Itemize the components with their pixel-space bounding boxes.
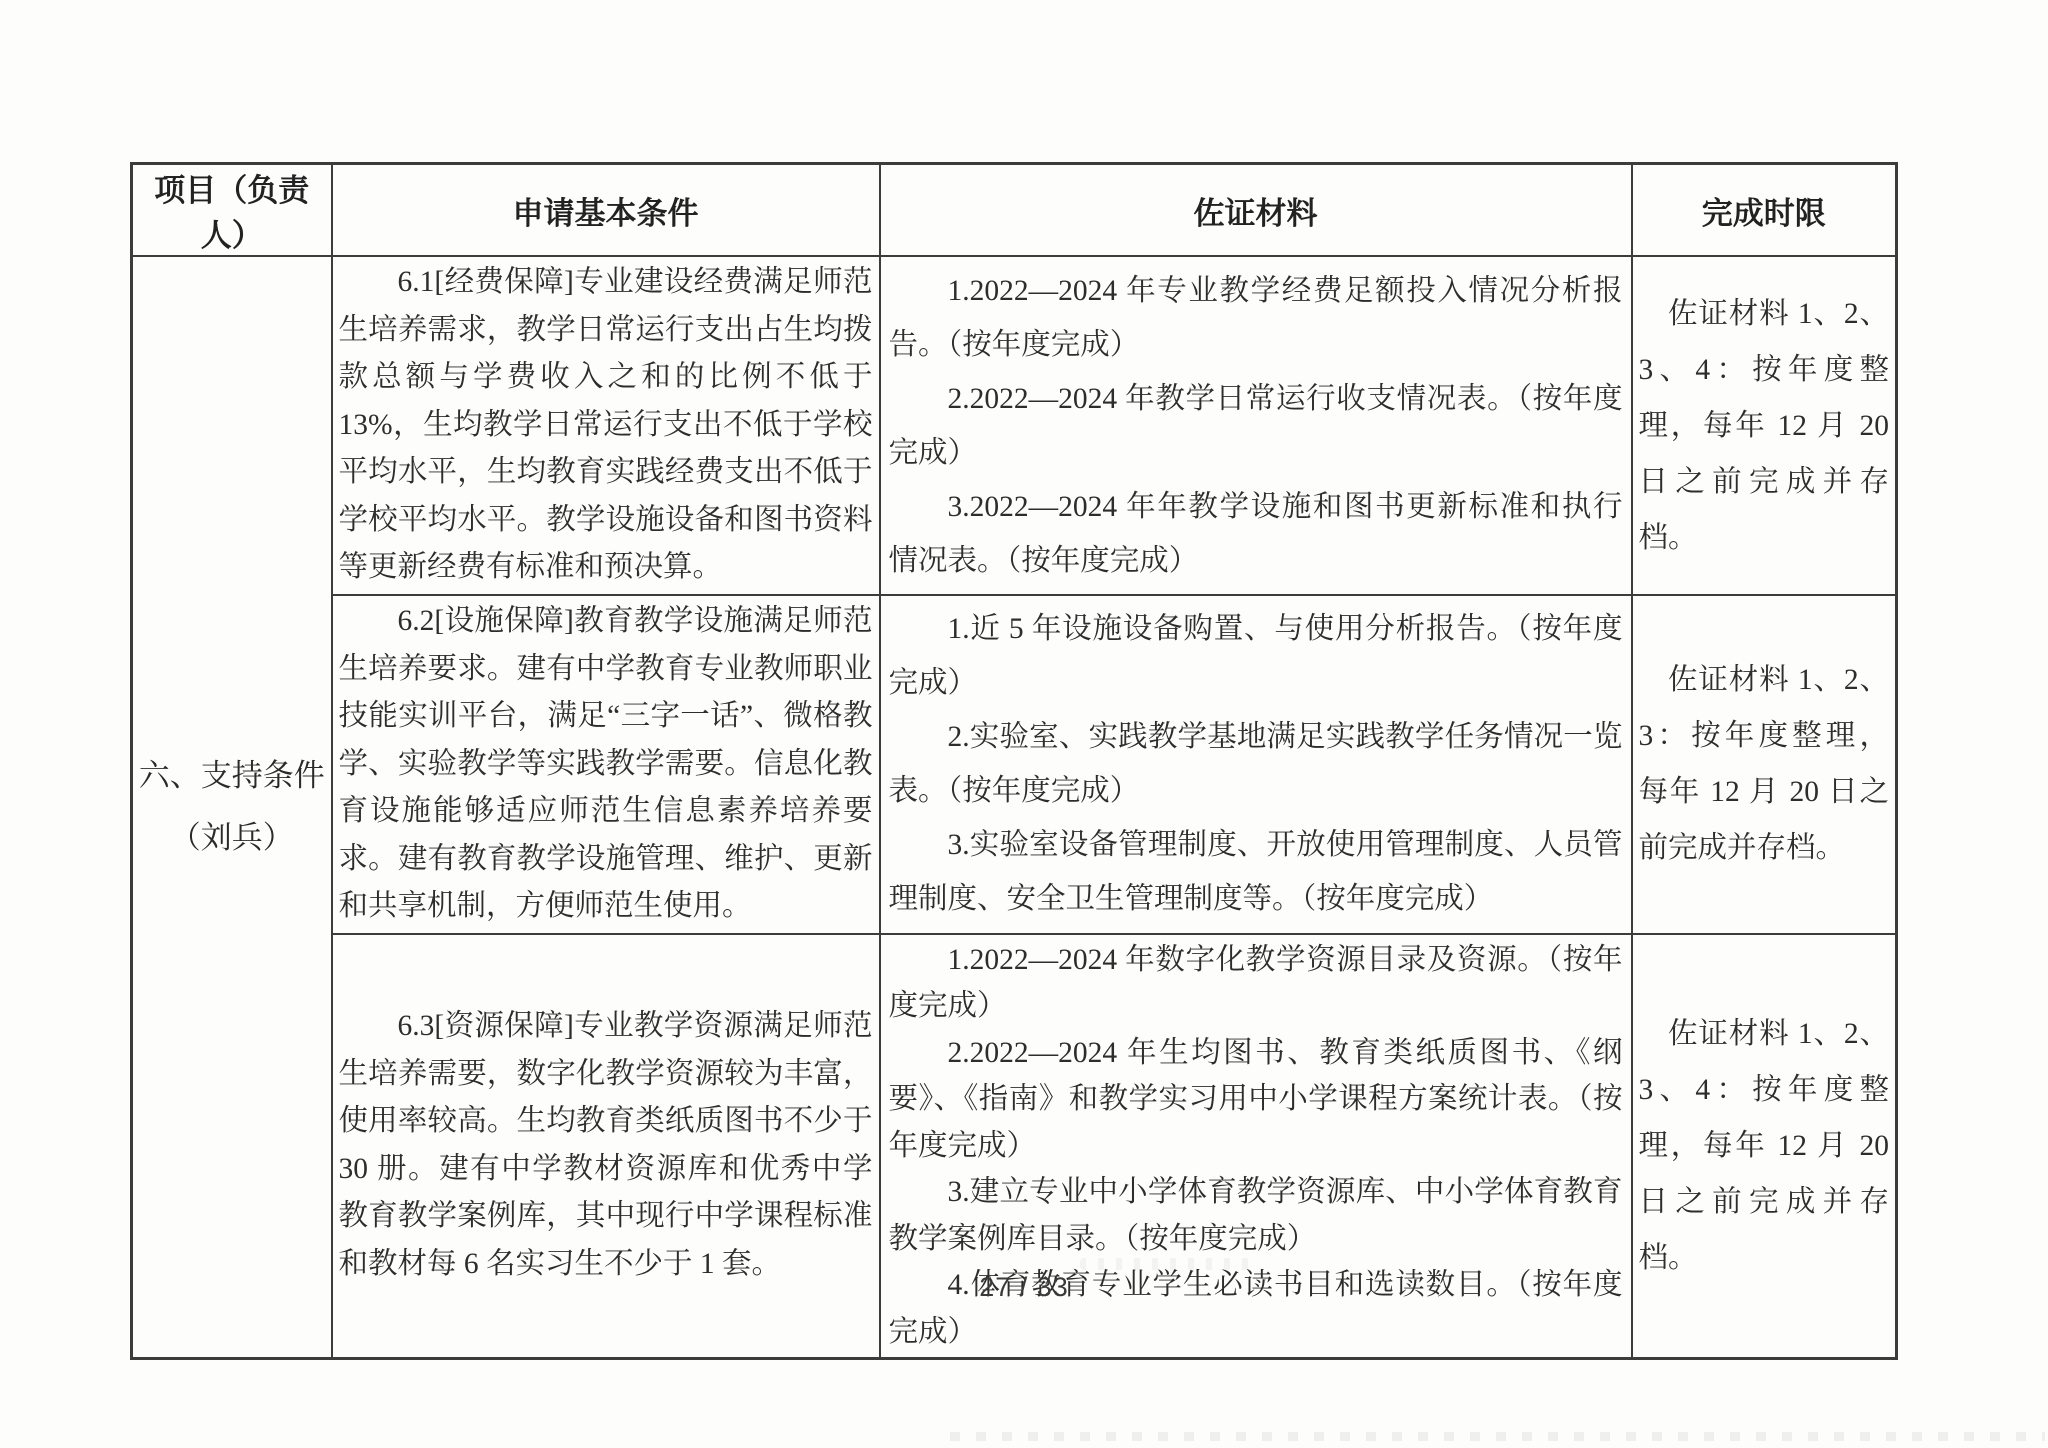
material-item: 2.2022—2024 年教学日常运行收支情况表。（按年度完成） [889,372,1623,480]
header-deadline: 完成时限 [1632,164,1897,257]
material-item: 2.实验室、实践教学基地满足实践教学任务情况一览表。（按年度完成） [889,710,1623,818]
header-conditions: 申请基本条件 [332,164,880,257]
condition-text: 6.2[设施保障]教育教学设施满足师范生培养要求。建有中学教育专业教师职业技能实… [339,598,873,931]
condition-text: 6.1[经费保障]专业建设经费满足师范生培养需求，教学日常运行支出占生均拨款总额… [339,259,873,592]
project-cell: 六、支持条件 （刘兵） [132,256,332,1359]
project-owner: （刘兵） [137,807,327,869]
table-header-row: 项目（负责人） 申请基本条件 佐证材料 完成时限 [132,164,1897,257]
condition-text: 6.3[资源保障]专业教学资源满足师范生培养需要，数字化教学资源较为丰富，使用率… [339,1003,873,1288]
material-item: 1.2022—2024 年数字化教学资源目录及资源。（按年度完成） [889,937,1623,1030]
requirements-table: 项目（负责人） 申请基本条件 佐证材料 完成时限 六、支持条件 （刘兵） 6.1… [130,162,1898,1360]
deadline-cell: 佐证材料 1、2、3：按年度整理，每年 12 月 20 日之前完成并存档。 [1632,595,1897,934]
material-item: 2.2022—2024 年生均图书、教育类纸质图书、《纲要》、《指南》和教学实习… [889,1030,1623,1170]
page-number: 27 / 33 [0,1272,2048,1303]
material-item: 1.2022—2024 年专业教学经费足额投入情况分析报告。（按年度完成） [889,264,1623,372]
scanned-document-page: 项目（负责人） 申请基本条件 佐证材料 完成时限 六、支持条件 （刘兵） 6.1… [0,0,2048,1448]
deadline-text: 佐证材料 1、2、3、4：按年度整理，每年 12 月 20 日之前完成并存档。 [1639,1006,1890,1286]
material-item: 3.2022—2024 年年教学设施和图书更新标准和执行情况表。（按年度完成） [889,480,1623,588]
header-project: 项目（负责人） [132,164,332,257]
material-item: 3.建立专业中小学体育教学资源库、中小学体育教育教学案例库目录。（按年度完成） [889,1169,1623,1262]
materials-cell: 1.2022—2024 年专业教学经费足额投入情况分析报告。（按年度完成） 2.… [880,256,1632,595]
condition-cell: 6.2[设施保障]教育教学设施满足师范生培养要求。建有中学教育专业教师职业技能实… [332,595,880,934]
deadline-text: 佐证材料 1、2、3：按年度整理，每年 12 月 20 日之前完成并存档。 [1639,652,1890,876]
materials-cell: 1.近 5 年设施设备购置、与使用分析报告。（按年度完成） 2.实验室、实践教学… [880,595,1632,934]
scan-artifact [1080,1258,1250,1270]
material-item: 1.近 5 年设施设备购置、与使用分析报告。（按年度完成） [889,602,1623,710]
project-title: 六、支持条件 [137,745,327,807]
scan-artifact [950,1432,2045,1441]
deadline-text: 佐证材料 1、2、3、4：按年度整理，每年 12 月 20 日之前完成并存档。 [1639,286,1890,566]
table-row: 六、支持条件 （刘兵） 6.1[经费保障]专业建设经费满足师范生培养需求，教学日… [132,256,1897,595]
deadline-cell: 佐证材料 1、2、3、4：按年度整理，每年 12 月 20 日之前完成并存档。 [1632,256,1897,595]
condition-cell: 6.1[经费保障]专业建设经费满足师范生培养需求，教学日常运行支出占生均拨款总额… [332,256,880,595]
header-materials: 佐证材料 [880,164,1632,257]
material-item: 3.实验室设备管理制度、开放使用管理制度、人员管理制度、安全卫生管理制度等。（按… [889,818,1623,926]
table-row: 6.2[设施保障]教育教学设施满足师范生培养要求。建有中学教育专业教师职业技能实… [132,595,1897,934]
